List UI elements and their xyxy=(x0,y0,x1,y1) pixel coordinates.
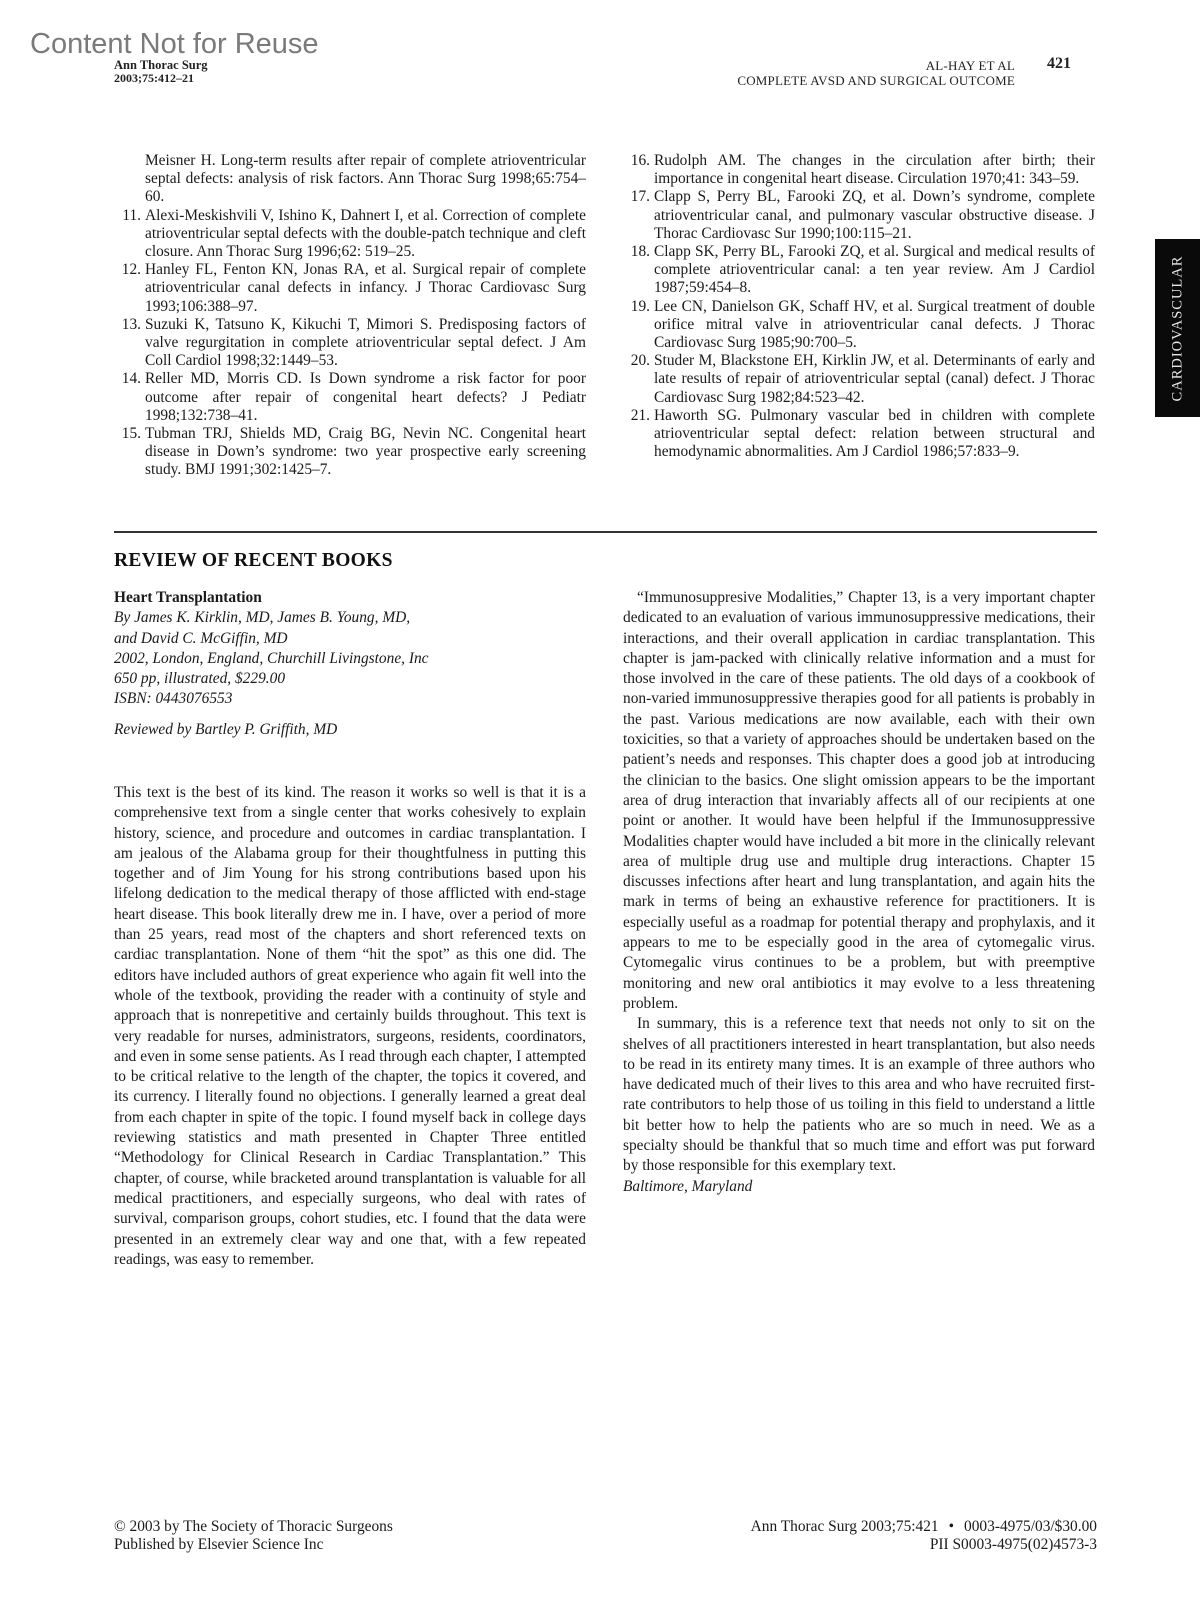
reference-item: 18. Clapp SK, Perry BL, Farooki ZQ, et a… xyxy=(623,243,1095,298)
reference-text: Rudolph AM. The changes in the circulati… xyxy=(654,152,1095,188)
reference-text: Clapp S, Perry BL, Farooki ZQ, et al. Do… xyxy=(654,188,1095,243)
reference-number: 21. xyxy=(623,407,654,462)
reference-text: Alexi-Meskishvili V, Ishino K, Dahnert I… xyxy=(145,207,586,262)
review-paragraph: “Immunosuppresive Modalities,” Chapter 1… xyxy=(623,588,1095,1014)
footer-right: Ann Thorac Surg 2003;75:421•0003-4975/03… xyxy=(751,1518,1097,1554)
journal-citation: 2003;75:412–21 xyxy=(114,72,208,85)
reference-item: 11. Alexi-Meskishvili V, Ishino K, Dahne… xyxy=(114,207,586,262)
reference-item: Meisner H. Long-term results after repai… xyxy=(114,152,586,207)
running-header-right: AL-HAY ET AL COMPLETE AVSD AND SURGICAL … xyxy=(737,58,1015,88)
reference-number: 17. xyxy=(623,188,654,243)
review-body-right: “Immunosuppresive Modalities,” Chapter 1… xyxy=(623,588,1095,1197)
review-body-left: This text is the best of its kind. The r… xyxy=(114,783,586,1270)
reference-item: 19. Lee CN, Danielson GK, Schaff HV, et … xyxy=(623,298,1095,353)
book-title: Heart Transplantation xyxy=(114,588,586,608)
bullet-separator-icon: • xyxy=(939,1518,964,1535)
reference-number: 16. xyxy=(623,152,654,188)
footer-citation: Ann Thorac Surg 2003;75:421 xyxy=(751,1518,939,1535)
header-running-title: COMPLETE AVSD AND SURGICAL OUTCOME xyxy=(737,73,1015,88)
book-metadata: Heart Transplantation By James K. Kirkli… xyxy=(114,588,586,740)
reference-number: 13. xyxy=(114,316,145,371)
reference-number: 11. xyxy=(114,207,145,262)
reference-item: 21. Haworth SG. Pulmonary vascular bed i… xyxy=(623,407,1095,462)
watermark: Content Not for Reuse xyxy=(30,30,319,59)
review-signoff: Baltimore, Maryland xyxy=(623,1177,1095,1197)
review-paragraph: This text is the best of its kind. The r… xyxy=(114,783,586,1270)
review-paragraph: In summary, this is a reference text tha… xyxy=(623,1014,1095,1176)
reference-text: Studer M, Blackstone EH, Kirklin JW, et … xyxy=(654,352,1095,407)
running-header-left: Ann Thorac Surg 2003;75:412–21 xyxy=(114,59,208,85)
reference-item: 13. Suzuki K, Tatsuno K, Kikuchi T, Mimo… xyxy=(114,316,586,371)
book-details: 650 pp, illustrated, $229.00 xyxy=(114,669,586,689)
reference-number: 20. xyxy=(623,352,654,407)
header-authors: AL-HAY ET AL xyxy=(737,58,1015,73)
side-tab-label: CARDIOVASCULAR xyxy=(1169,255,1186,401)
reference-item: 17. Clapp S, Perry BL, Farooki ZQ, et al… xyxy=(623,188,1095,243)
reference-number: 14. xyxy=(114,370,145,425)
reviewer-credit: Reviewed by Bartley P. Griffith, MD xyxy=(114,720,586,740)
footer-left: © 2003 by The Society of Thoracic Surgeo… xyxy=(114,1518,393,1554)
page-number: 421 xyxy=(1047,55,1071,73)
section-side-tab: CARDIOVASCULAR xyxy=(1155,239,1200,417)
section-title: REVIEW OF RECENT BOOKS xyxy=(114,550,393,572)
book-publication: 2002, London, England, Churchill Livings… xyxy=(114,649,586,669)
reference-item: 16. Rudolph AM. The changes in the circu… xyxy=(623,152,1095,188)
footer-copyright: © 2003 by The Society of Thoracic Surgeo… xyxy=(114,1518,393,1536)
reference-item: 20. Studer M, Blackstone EH, Kirklin JW,… xyxy=(623,352,1095,407)
reference-number: 15. xyxy=(114,425,145,480)
reference-item: 15. Tubman TRJ, Shields MD, Craig BG, Ne… xyxy=(114,425,586,480)
reference-text: Meisner H. Long-term results after repai… xyxy=(145,152,586,207)
reference-text: Haworth SG. Pulmonary vascular bed in ch… xyxy=(654,407,1095,462)
footer-pii: PII S0003-4975(02)4573-3 xyxy=(751,1536,1097,1554)
book-authors: By James K. Kirklin, MD, James B. Young,… xyxy=(114,608,586,628)
reference-text: Clapp SK, Perry BL, Farooki ZQ, et al. S… xyxy=(654,243,1095,298)
reference-number: 18. xyxy=(623,243,654,298)
reference-text: Tubman TRJ, Shields MD, Craig BG, Nevin … xyxy=(145,425,586,480)
footer-publisher: Published by Elsevier Science Inc xyxy=(114,1536,393,1554)
reference-item: 12. Hanley FL, Fenton KN, Jonas RA, et a… xyxy=(114,261,586,316)
book-isbn: ISBN: 0443076553 xyxy=(114,689,586,709)
reference-text: Reller MD, Morris CD. Is Down syndrome a… xyxy=(145,370,586,425)
reference-text: Suzuki K, Tatsuno K, Kikuchi T, Mimori S… xyxy=(145,316,586,371)
reference-number: 19. xyxy=(623,298,654,353)
references-left-column: Meisner H. Long-term results after repai… xyxy=(114,152,586,480)
book-authors-continued: and David C. McGiffin, MD xyxy=(114,629,586,649)
reference-text: Lee CN, Danielson GK, Schaff HV, et al. … xyxy=(654,298,1095,353)
reference-item: 14. Reller MD, Morris CD. Is Down syndro… xyxy=(114,370,586,425)
reference-number: 12. xyxy=(114,261,145,316)
references-right-column: 16. Rudolph AM. The changes in the circu… xyxy=(623,152,1095,461)
footer-issn: 0003-4975/03/$30.00 xyxy=(964,1518,1097,1535)
reference-text: Hanley FL, Fenton KN, Jonas RA, et al. S… xyxy=(145,261,586,316)
section-divider xyxy=(114,531,1097,533)
